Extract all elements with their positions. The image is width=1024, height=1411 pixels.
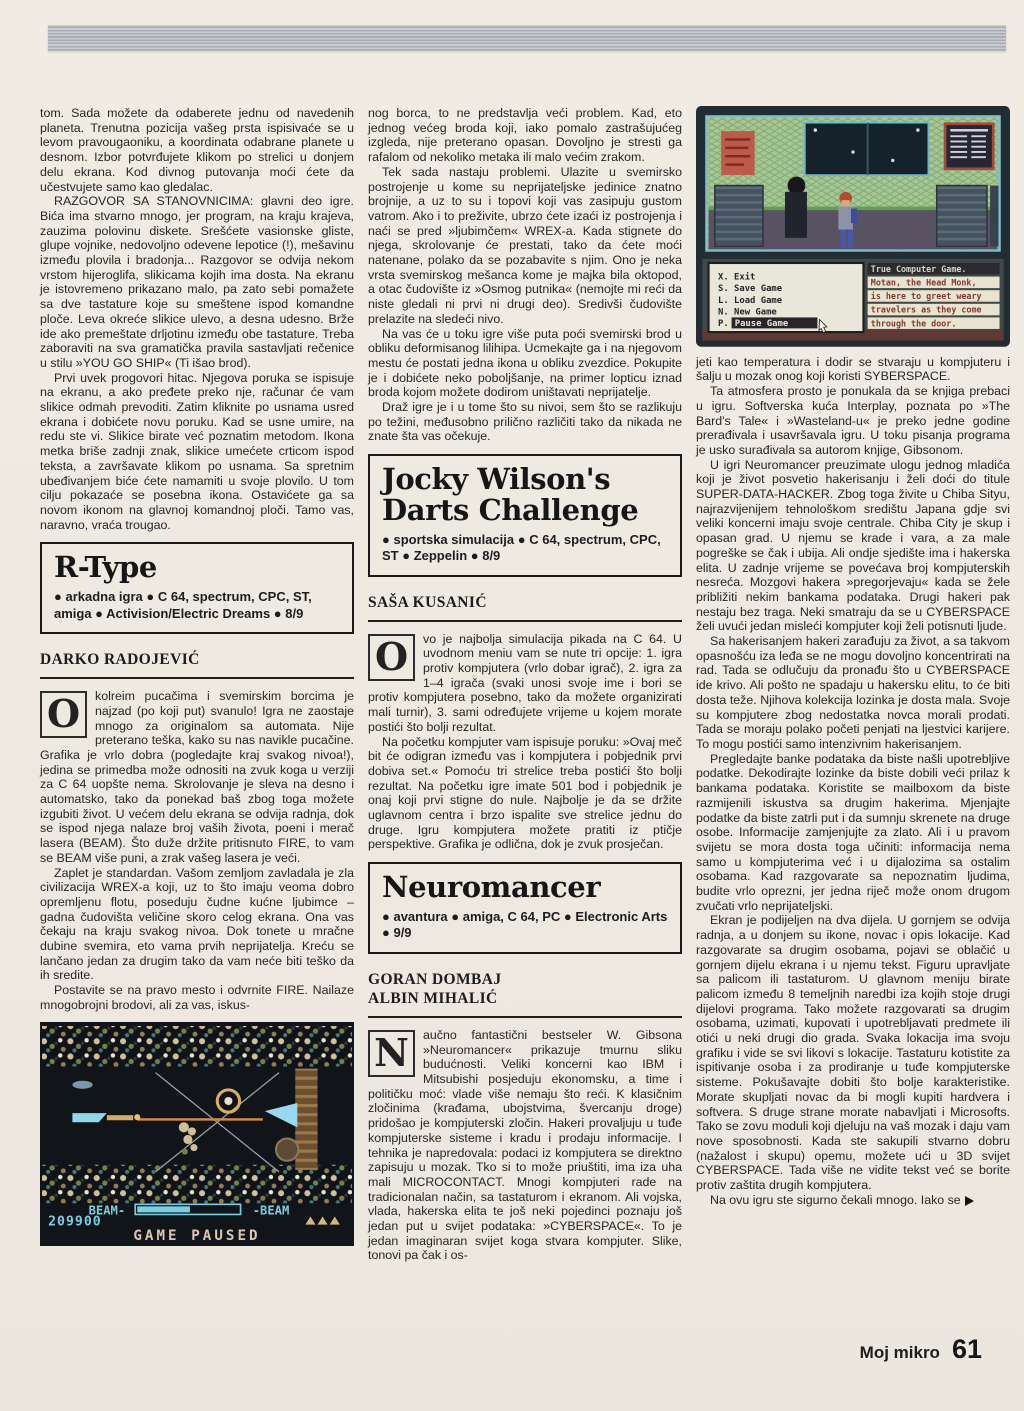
dropcap-paragraph: Naučno fantastični bestseler W. Gibsona … [368,1028,682,1263]
paragraph: Na ovu igru ste sigurno čekali mnogo. Ia… [696,1193,1010,1208]
dropcap-letter: O [375,634,408,679]
paragraph: Ta atmosfera prosto je ponukala da se kn… [696,384,1010,458]
review-info: ● avantura ● amiga, C 64, PC ● Electroni… [382,909,670,942]
author-byline: DARKO RADOJEVIĆ [40,634,354,679]
game-paused-text: GAME PAUSED [133,1227,260,1243]
beam-right-label: -BEAM [253,1203,290,1217]
message-line: travelers as they come [871,305,982,315]
lives-icons [305,1216,339,1224]
review-title: R-Type [54,552,342,583]
beam-gauge-fill [137,1206,190,1212]
wall-scoreboard [945,124,993,169]
neuromancer-game-screenshot: X. Exit S. Save Game L. Load Game N. New… [696,106,1010,347]
magazine-page: tom. Sada možete da odaberete jednu od n… [0,0,1024,1411]
author-byline: SAŠA KUSANIĆ [368,577,682,622]
review-box-jocky-wilson: Jocky Wilson's Darts Challenge ● sportsk… [368,454,682,576]
message-line: is here to greet weary [871,291,982,301]
scene-lower: X. Exit S. Save Game L. Load Game N. New… [702,259,1003,341]
kiosk-left [715,186,763,247]
paragraph: Draž igre je i u tome što su nivoi, sem … [368,400,682,444]
rtype-screenshot-figure: BEAM- -BEAM 209900 GAME PAUSED [40,1022,354,1247]
paragraph: Sa hakerisanjem hakeri zarađuju za život… [696,634,1010,752]
score-readout: 209900 [48,1214,102,1229]
author-byline: GORAN DOMBAJ ALBIN MIHALIĆ [368,954,682,1018]
paragraph: Ekran je podijeljen na dva dijela. U gor… [696,913,1010,1192]
menu-item-save: S. Save Game [718,284,782,294]
paragraph: tom. Sada možete da odaberete jednu od n… [40,106,354,194]
column-3: X. Exit S. Save Game L. Load Game N. New… [696,106,1010,1208]
dropcap-box: O [368,634,415,681]
round-pod [276,1138,298,1160]
paragraph: nog borca, to ne predstavlja veći proble… [368,106,682,165]
kiosk-right [937,186,987,247]
paragraph: Na početku kompjuter vam ispisuje poruku… [368,735,682,853]
dropcap-letter: N [374,1030,409,1075]
author-name: DARKO RADOJEVIĆ [40,651,200,668]
continuation-arrow-icon [965,1196,974,1206]
right-structure [295,1068,317,1169]
message-title: True Computer Game. [871,264,967,274]
paragraph: Postavite se na pravo mesto i odvrnite F… [40,983,354,1012]
kiosk-far-right [990,186,998,247]
laser-beam [137,1118,263,1120]
menu-item-exit: X. Exit [718,272,755,283]
menu-item-load: L. Load Game [718,296,782,306]
dropcap-box: O [40,691,87,738]
neuromancer-screenshot-figure: X. Exit S. Save Game L. Load Game N. New… [696,106,1010,347]
message-line: through the door. [871,318,957,328]
column-1: tom. Sada možete da odaberete jednu od n… [40,106,354,1246]
dropcap-box: N [368,1030,415,1077]
rtype-game-screenshot: BEAM- -BEAM 209900 GAME PAUSED [40,1022,354,1247]
author-name: SAŠA KUSANIĆ [368,594,487,611]
review-info: ● arkadna igra ● C 64, spectrum, CPC, ST… [54,589,342,622]
magazine-brand: Moj mikro [860,1343,940,1363]
paragraph: Tek sada nastaju problemi. Ulazite u sve… [368,165,682,327]
menu-item-pause-key: P. [718,319,729,329]
paragraph: Prvi uvek progovori hitac. Njegova poruk… [40,371,354,533]
paragraph: jeti kao temperatura i dodir se stvaraju… [696,355,1010,384]
pause-menu-panel: X. Exit S. Save Game L. Load Game N. New… [709,263,864,333]
dropcap-paragraph: Ovo je najbolja simulacija pikada na C 6… [368,632,682,735]
page-number: 61 [952,1334,982,1365]
review-info: ● sportska simulacija ● C 64, spectrum, … [382,532,670,565]
paragraph: Zaplet je standardan. Vašom zemljom zavl… [40,866,354,984]
monk-character [785,177,807,238]
author-name: GORAN DOMBAJ [368,970,682,989]
dropcap-paragraph: Okolreim pucačima i svemirskim borcima j… [40,689,354,865]
article-columns: tom. Sada možete da odaberete jednu od n… [40,106,1010,1263]
paragraph: Pregledajte banke podataka da biste našl… [696,752,1010,914]
message-line: Motan, the Head Monk, [871,277,977,287]
author-name: ALBIN MIHALIĆ [368,989,682,1008]
menu-item-pause-label: Pause Game [735,319,788,329]
message-panel: True Computer Game. Motan, the Head Monk… [868,263,1000,329]
alien-ceiling-texture [42,1026,352,1067]
paragraph-text: kolreim pucačima i svemirskim borcima je… [40,689,354,865]
menu-item-new: N. New Game [718,307,777,317]
paragraph: RAZGOVOR SA STANOVNICIMA: glavni deo igr… [40,194,354,370]
wall-poster [721,131,754,175]
alien-floor-texture [42,1164,352,1202]
paragraph: Na vas će u toku igre više puta poći sve… [368,327,682,401]
dropcap-letter: O [47,691,80,736]
paragraph-text: aučno fantastični bestseler W. Gibsona »… [368,1028,682,1263]
paragraph: U igri Neuromancer preuzimate ulogu jedn… [696,458,1010,634]
review-title: Jocky Wilson's Darts Challenge [382,464,670,525]
top-decorative-bar [48,25,1006,51]
paragraph-text: vo je najbolja simulacija pikada na C 64… [368,632,682,734]
scene-upper [706,116,999,250]
wall-board [805,123,928,175]
review-title: Neuromancer [382,872,670,903]
paragraph-text: Na ovu igru ste sigurno čekali mnogo. Ia… [710,1193,961,1207]
review-box-rtype: R-Type ● arkadna igra ● C 64, spectrum, … [40,542,354,634]
page-footer: Moj mikro 61 [860,1334,982,1365]
review-box-neuromancer: Neuromancer ● avantura ● amiga, C 64, PC… [368,862,682,954]
column-2: nog borca, to ne predstavlja veći proble… [368,106,682,1263]
